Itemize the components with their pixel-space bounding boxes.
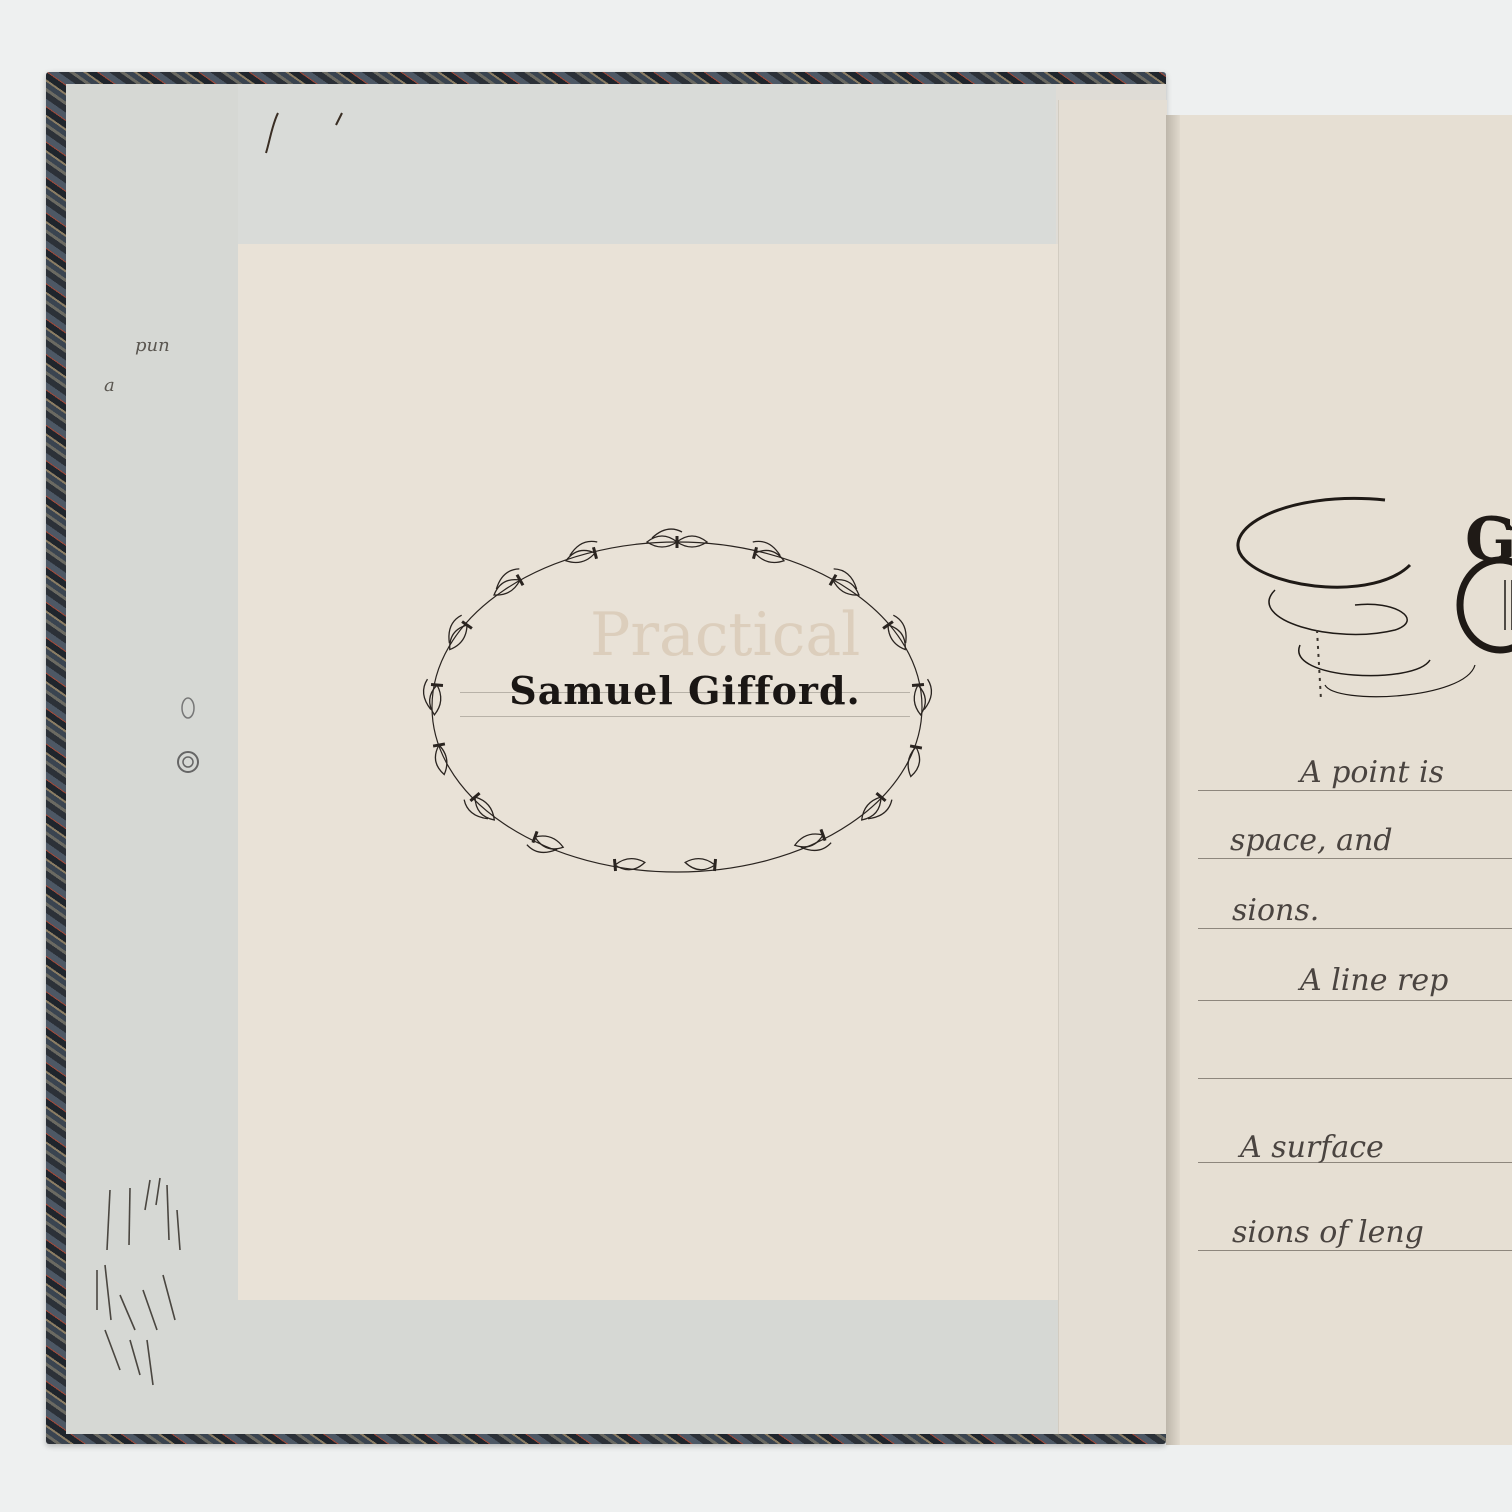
ruled-line: [1198, 1000, 1512, 1001]
pencil-note: pun: [135, 335, 170, 356]
text-line: A point is: [1300, 755, 1444, 790]
pastedown-bottom-margin: [66, 1300, 1061, 1434]
pencil-tally-marks-icon: [85, 1170, 205, 1400]
text-line: sions.: [1232, 893, 1319, 928]
ruled-line: [1198, 858, 1512, 859]
title-initial: G: [1465, 505, 1512, 575]
ruled-line: [1198, 1250, 1512, 1251]
book-spine-gutter: [1166, 115, 1180, 1445]
pencil-note: a: [104, 375, 115, 396]
text-line: sions of leng: [1232, 1215, 1424, 1250]
name-guideline-bottom: [460, 716, 910, 717]
bookplate-name: Samuel Gifford.: [470, 668, 900, 713]
gutter-strip: [1058, 100, 1167, 1434]
text-line: space, and: [1230, 823, 1393, 858]
ink-mark-icon: [260, 105, 360, 165]
text-line: A surface: [1240, 1130, 1384, 1165]
ruled-line: [1198, 1078, 1512, 1079]
ruled-line: [1198, 928, 1512, 929]
pencil-scribble-icon: [170, 690, 210, 780]
ruled-line: [1198, 790, 1512, 791]
text-line: A line rep: [1300, 963, 1448, 998]
